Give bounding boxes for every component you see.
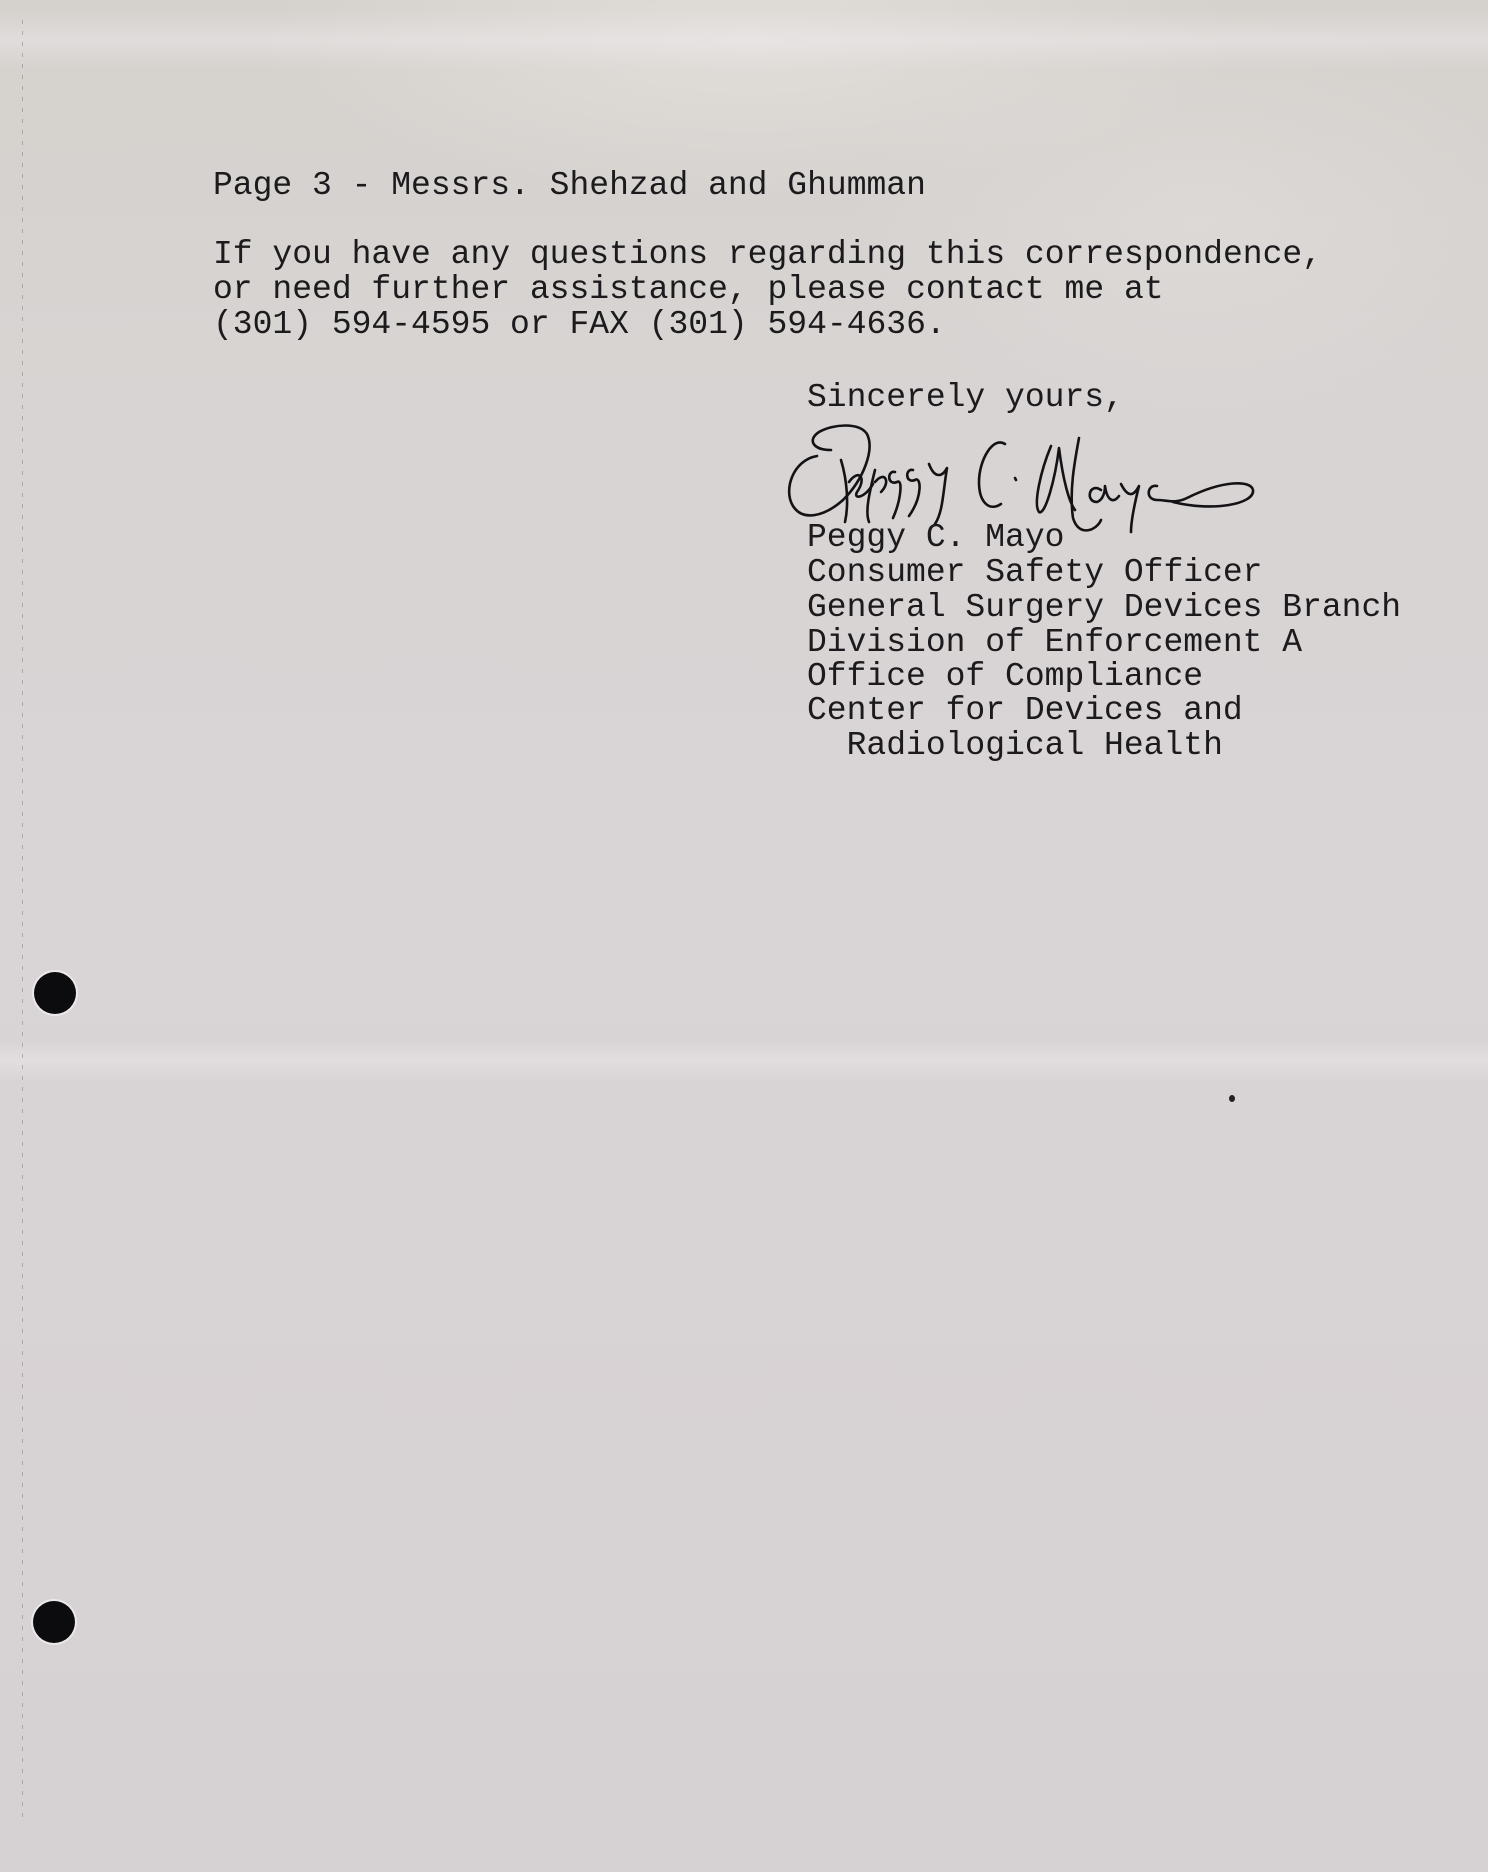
signer-name: Peggy C. Mayo	[807, 520, 1064, 555]
ink-speck	[1229, 1095, 1235, 1102]
signer-center: Center for Devices and	[807, 693, 1243, 728]
signer-office: Office of Compliance	[807, 659, 1203, 694]
paper-fold-crease	[0, 10, 1488, 70]
punch-hole-icon	[33, 1601, 75, 1643]
page-header: Page 3 - Messrs. Shehzad and Ghumman	[213, 168, 926, 203]
body-line: (301) 594-4595 or FAX (301) 594-4636.	[213, 307, 946, 342]
signer-division: Division of Enforcement A	[807, 625, 1302, 660]
signer-center-continued: Radiological Health	[807, 728, 1223, 763]
paper-edge-mark	[22, 20, 23, 1820]
body-line: If you have any questions regarding this…	[213, 237, 1322, 272]
punch-hole-icon	[34, 972, 76, 1014]
paper-fold-crease	[0, 1040, 1488, 1080]
body-line: or need further assistance, please conta…	[213, 272, 1164, 307]
signer-branch: General Surgery Devices Branch	[807, 590, 1401, 625]
closing: Sincerely yours,	[807, 380, 1124, 415]
signer-title: Consumer Safety Officer	[807, 555, 1262, 590]
